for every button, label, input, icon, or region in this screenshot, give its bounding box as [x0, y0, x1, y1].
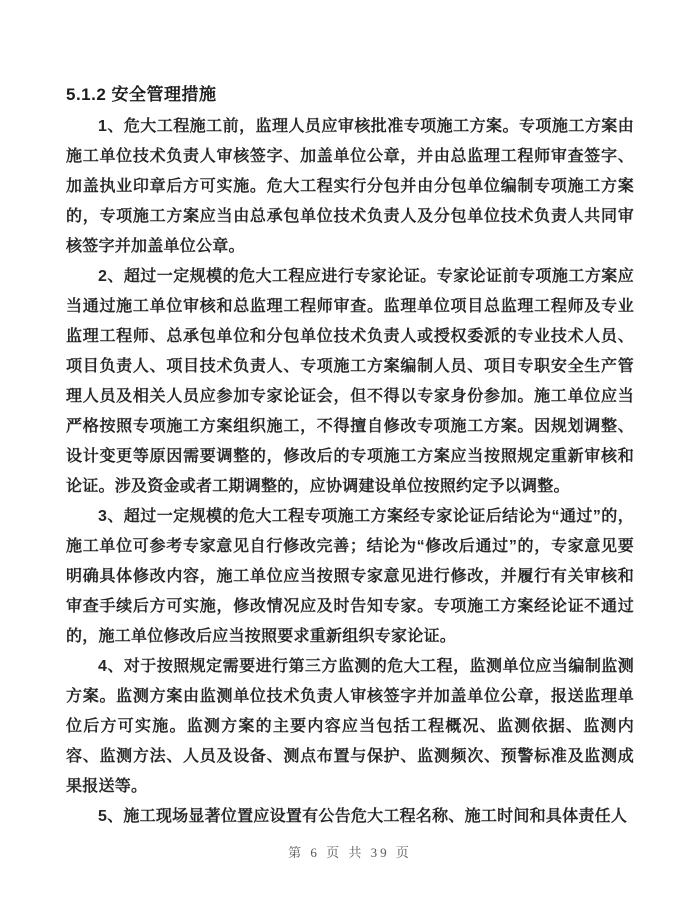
body-paragraph-5: 5、施工现场显著位置应设置有公告危大工程名称、施工时间和具体责任人 — [66, 802, 634, 832]
body-paragraph-4: 4、对于按照规定需要进行第三方监测的危大工程，监测单位应当编制监测方案。监测方案… — [66, 652, 634, 802]
page-number-label: 第 6 页 共 39 页 — [288, 845, 412, 860]
document-content: 5.1.2 安全管理措施 1、危大工程施工前，监理人员应审核批准专项施工方案。专… — [66, 82, 634, 832]
page-footer: 第 6 页 共 39 页 — [0, 844, 700, 862]
body-paragraph-3: 3、超过一定规模的危大工程专项施工方案经专家论证后结论为“通过”的，施工单位可参… — [66, 502, 634, 652]
section-heading: 5.1.2 安全管理措施 — [66, 82, 634, 108]
body-paragraph-1: 1、危大工程施工前，监理人员应审核批准专项施工方案。专项施工方案由施工单位技术负… — [66, 112, 634, 262]
body-paragraph-2: 2、超过一定规模的危大工程应进行专家论证。专家论证前专项施工方案应当通过施工单位… — [66, 262, 634, 502]
document-page: 5.1.2 安全管理措施 1、危大工程施工前，监理人员应审核批准专项施工方案。专… — [0, 0, 700, 905]
